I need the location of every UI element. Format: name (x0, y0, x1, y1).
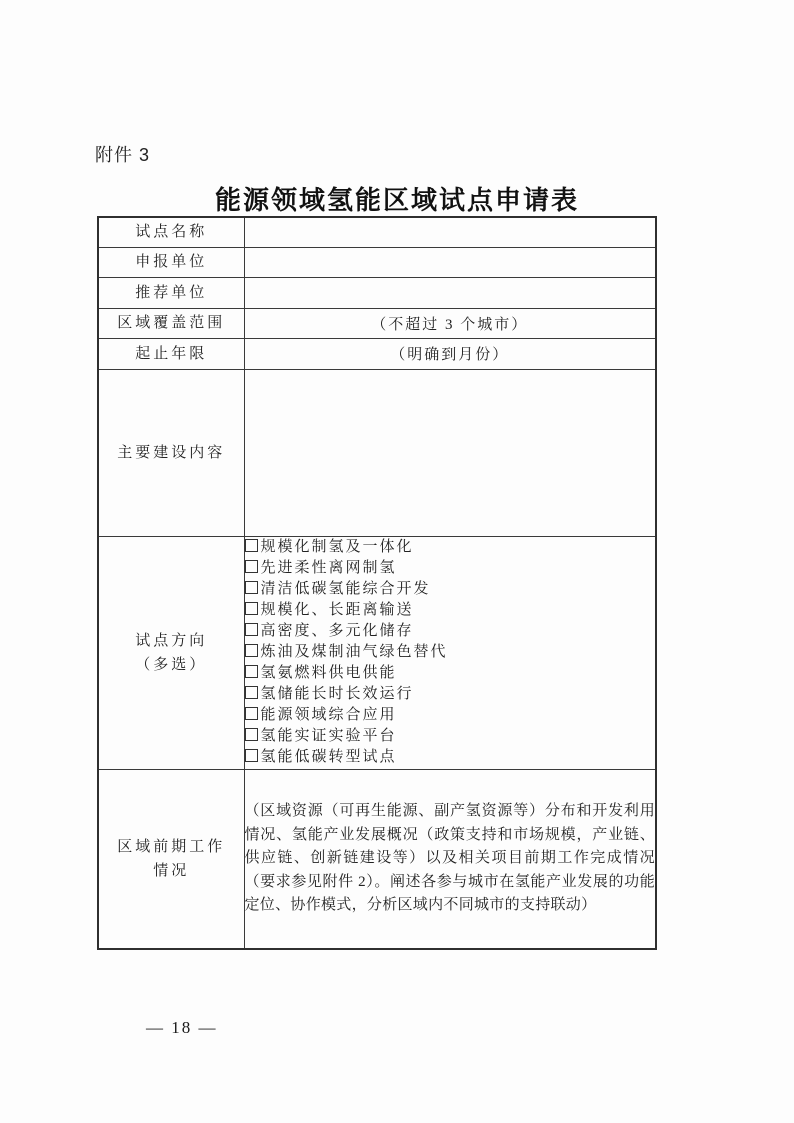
table-row-coverage-area: 区域覆盖范围 （不超过 3 个城市） (98, 308, 656, 338)
checkbox-option: 炼油及煤制油气绿色替代 (245, 642, 656, 663)
row-label: 试点名称 (98, 217, 244, 247)
row-value-pilot-name (244, 217, 656, 247)
pilot-directions-label-line1: 试点方向 (99, 629, 244, 653)
checkbox-option: 氢能实证实验平台 (245, 726, 656, 747)
row-label: 主要建设内容 (98, 369, 244, 536)
checkbox-option: 规模化制氢及一体化 (245, 537, 656, 558)
checkbox-icon (245, 623, 258, 636)
checkbox-icon (245, 686, 258, 699)
option-label: 氢氨燃料供电供能 (261, 665, 397, 681)
preliminary-work-label-line1: 区域前期工作 (99, 835, 244, 859)
option-label: 规模化、长距离输送 (261, 602, 414, 618)
row-value-applicant-unit (244, 247, 656, 277)
checkbox-option: 先进柔性离网制氢 (245, 558, 656, 579)
row-value-recommending-unit (244, 277, 656, 308)
checkbox-icon (245, 749, 258, 762)
checkbox-icon (245, 581, 258, 594)
pilot-directions-options: 规模化制氢及一体化 先进柔性离网制氢 清洁低碳氢能综合开发 规模化、长距离输送 … (244, 536, 656, 769)
option-label: 氢能实证实验平台 (261, 728, 397, 744)
attachment-label: 附件 3 (95, 141, 150, 167)
table-row-pilot-name: 试点名称 (98, 217, 656, 247)
checkbox-icon (245, 602, 258, 615)
table-row-main-construction: 主要建设内容 (98, 369, 656, 536)
page-number: — 18 — (146, 1018, 218, 1038)
row-label: 起止年限 (98, 338, 244, 369)
checkbox-icon (245, 539, 258, 552)
checkbox-icon (245, 560, 258, 573)
checkbox-icon (245, 665, 258, 678)
checkbox-icon (245, 728, 258, 741)
checkbox-option: 氢能低碳转型试点 (245, 747, 656, 768)
option-label: 高密度、多元化储存 (261, 623, 414, 639)
page-title: 能源领域氢能区域试点申请表 (0, 180, 794, 217)
pilot-directions-label: 试点方向 （多选） (98, 536, 244, 769)
row-label: 推荐单位 (98, 277, 244, 308)
checkbox-option: 规模化、长距离输送 (245, 600, 656, 621)
checkbox-option: 高密度、多元化储存 (245, 621, 656, 642)
option-label: 清洁低碳氢能综合开发 (261, 581, 431, 597)
option-label: 先进柔性离网制氢 (261, 560, 397, 576)
option-label: 氢能低碳转型试点 (261, 749, 397, 765)
option-label: 能源领域综合应用 (261, 707, 397, 723)
option-label: 氢储能长时长效运行 (261, 686, 414, 702)
pilot-directions-label-line2: （多选） (99, 653, 244, 677)
checkbox-option: 能源领域综合应用 (245, 705, 656, 726)
table-row-pilot-directions: 试点方向 （多选） 规模化制氢及一体化 先进柔性离网制氢 清洁低碳氢能综合开发 … (98, 536, 656, 769)
preliminary-work-label: 区域前期工作 情况 (98, 769, 244, 949)
application-form-table: 试点名称 申报单位 推荐单位 区域覆盖范围 （不超过 3 个城市） 起止年限 （… (97, 216, 657, 950)
table-row-time-span: 起止年限 （明确到月份） (98, 338, 656, 369)
row-value-coverage-area: （不超过 3 个城市） (244, 308, 656, 338)
checkbox-icon (245, 707, 258, 720)
row-value-main-construction (244, 369, 656, 536)
row-value-time-span: （明确到月份） (244, 338, 656, 369)
option-label: 炼油及煤制油气绿色替代 (261, 644, 448, 660)
table-row-preliminary-work: 区域前期工作 情况 （区域资源（可再生能源、副产氢资源等）分布和开发利用情况、氢… (98, 769, 656, 949)
option-label: 规模化制氢及一体化 (261, 539, 414, 555)
preliminary-work-description: （区域资源（可再生能源、副产氢资源等）分布和开发利用情况、氢能产业发展概况（政策… (244, 769, 656, 949)
checkbox-option: 氢储能长时长效运行 (245, 684, 656, 705)
table-row-recommending-unit: 推荐单位 (98, 277, 656, 308)
checkbox-icon (245, 644, 258, 657)
checkbox-option: 清洁低碳氢能综合开发 (245, 579, 656, 600)
document-page: 附件 3 能源领域氢能区域试点申请表 试点名称 申报单位 推荐单位 区域覆盖范围… (0, 0, 794, 1123)
preliminary-work-label-line2: 情况 (99, 859, 244, 883)
row-label: 区域覆盖范围 (98, 308, 244, 338)
table-row-applicant-unit: 申报单位 (98, 247, 656, 277)
checkbox-option: 氢氨燃料供电供能 (245, 663, 656, 684)
row-label: 申报单位 (98, 247, 244, 277)
